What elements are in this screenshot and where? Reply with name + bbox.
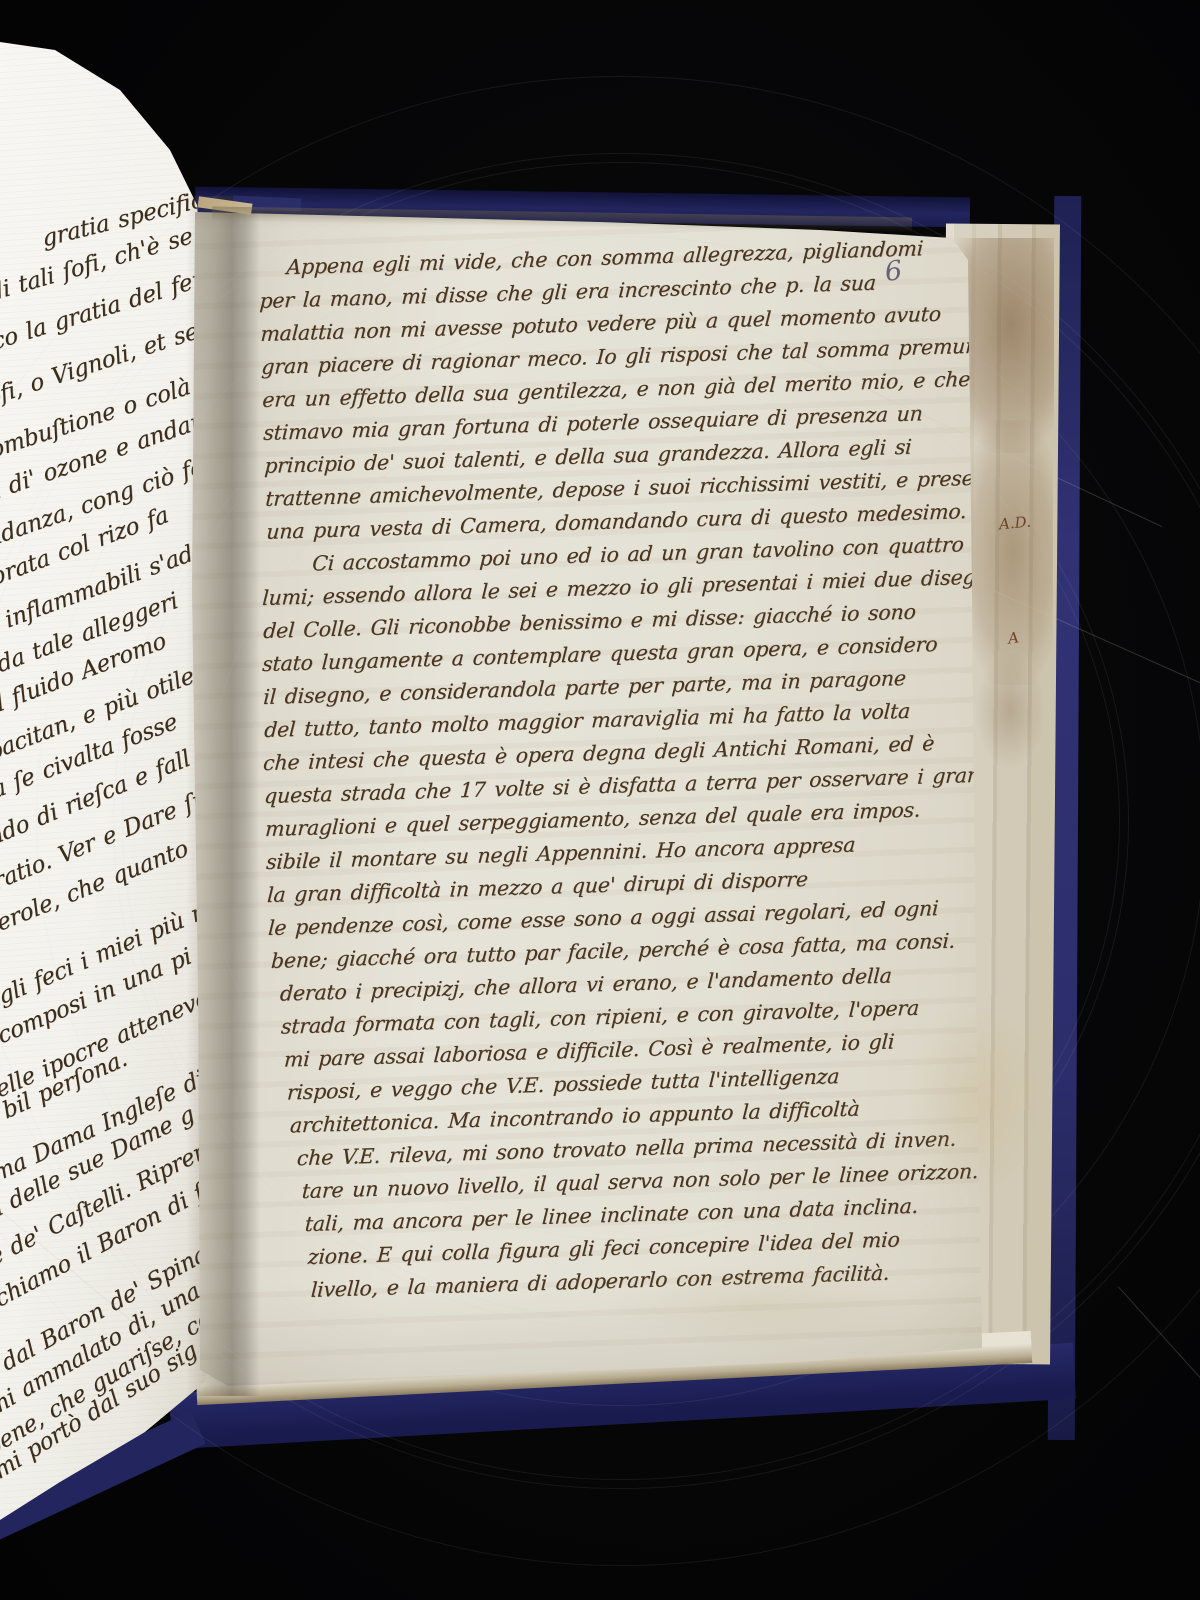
left-page-line: gratia specifica xyxy=(40,184,218,253)
left-page-line: ando di rieſca e fall xyxy=(0,746,194,857)
left-page-line: ofi, o Vignoli, et se xyxy=(0,318,201,412)
margin-mark-ad: A.D. xyxy=(998,513,1031,534)
left-page-line: bil perſona. xyxy=(0,1046,131,1125)
left-page-line: e inflammabili s'ad xyxy=(0,541,196,642)
left-page-line: anco la gratia del fer xyxy=(0,266,205,364)
manuscript-photo: gratia specificadi tali ſofi, ch'è seanc… xyxy=(0,0,1200,1600)
left-page-line: chiamo il Baron di ſo xyxy=(0,1173,220,1313)
page-number: 6 xyxy=(883,255,903,288)
left-page-line: librata col rizo fa xyxy=(0,502,171,596)
left-page-line: gratio. Ver e Dare ſp xyxy=(0,785,210,901)
left-page-line: di tali ſofi, ch'è se xyxy=(0,223,195,307)
left-page-line: apacitan, e più otile xyxy=(0,663,197,771)
left-page-line: ma Dama Ingleſe di ſ xyxy=(0,1058,224,1187)
main-text: Appena egli mi vide, che con somma alleg… xyxy=(258,230,1016,1307)
left-page-line: na ſe civalta fosse xyxy=(0,709,180,810)
scratch-line xyxy=(1118,1286,1200,1413)
left-page-line: audanza, cong ciò fa xyxy=(0,453,206,557)
left-page-line: a delle sue Dame g xyxy=(0,1101,198,1224)
margin-mark-a: A xyxy=(1007,628,1020,647)
right-page: Appena egli mi vide, che con somma alleg… xyxy=(180,190,1085,1405)
left-page-line: da tale alleggeri xyxy=(0,588,181,678)
left-page-line: delle ipocre attenevole xyxy=(0,977,231,1110)
left-page-line: aderole, che quanto se xyxy=(0,823,223,948)
left-page-line: li composi in una pi xyxy=(0,943,195,1058)
left-page-line: ra gli feci i miei più no xyxy=(0,893,222,1023)
left-page-line: te de' Caſtelli. Riprend xyxy=(0,1131,225,1276)
left-page-line: el fluido Aeromo xyxy=(0,628,169,722)
left-page-line: aci di' ozone e andar xyxy=(0,408,204,513)
